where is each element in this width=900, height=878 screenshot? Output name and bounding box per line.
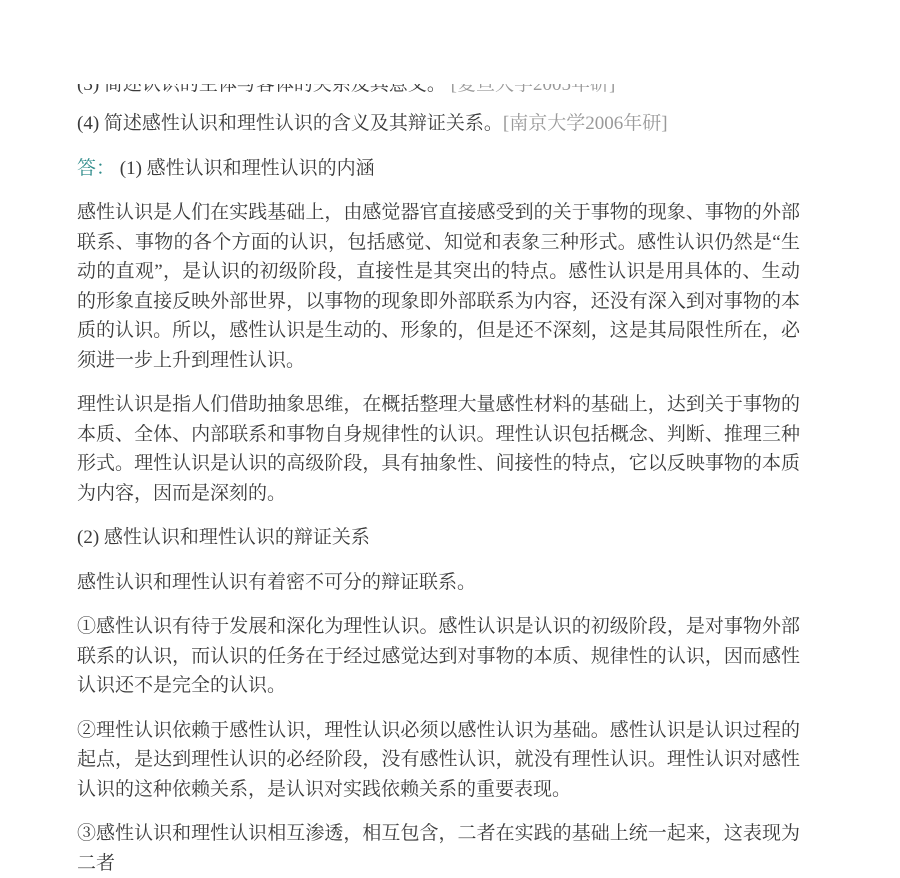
previous-question-line: (3) 简述认识的主体与客体的关系及其意义。 [复旦大学2005年研] <box>77 84 800 94</box>
answer-label: 答： <box>77 158 115 179</box>
question-line: (4) 简述感性认识和理性认识的含义及其辩证关系。[南京大学2006年研] <box>77 109 800 139</box>
section-1-heading: (1) 感性认识和理性认识的内涵 <box>120 158 375 179</box>
next-point-clipped: ③感性认识和理性认识相互渗透，相互包含，二者在实践的基础上统一起来，这表现为二者 <box>77 819 800 839</box>
question-text: (4) 简述感性认识和理性认识的含义及其辩证关系。 <box>77 113 503 134</box>
paragraph: 感性认识和理性认识有着密不可分的辩证联系。 <box>77 568 800 598</box>
answer-heading-line: 答： (1) 感性认识和理性认识的内涵 <box>77 154 800 184</box>
previous-question-source: [复旦大学2005年研] <box>451 84 616 94</box>
paragraph: ②理性认识依赖于感性认识，理性认识必须以感性认识为基础。感性认识是认识过程的起点… <box>77 716 800 805</box>
paragraph: 感性认识是人们在实践基础上，由感觉器官直接感受到的关于事物的现象、事物的外部联系… <box>77 198 800 375</box>
section-2-heading: (2) 感性认识和理性认识的辩证关系 <box>77 523 800 553</box>
previous-question-text: (3) 简述认识的主体与客体的关系及其意义。 <box>77 84 446 94</box>
question-source: [南京大学2006年研] <box>503 113 668 134</box>
paragraph: 理性认识是指人们借助抽象思维，在概括整理大量感性材料的基础上，达到关于事物的本质… <box>77 390 800 508</box>
document-page: (3) 简述认识的主体与客体的关系及其意义。 [复旦大学2005年研] (4) … <box>77 84 800 839</box>
paragraph: ①感性认识有待于发展和深化为理性认识。感性认识是认识的初级阶段，是对事物外部联系… <box>77 612 800 701</box>
previous-question-clipped: (3) 简述认识的主体与客体的关系及其意义。 [复旦大学2005年研] <box>77 84 800 94</box>
